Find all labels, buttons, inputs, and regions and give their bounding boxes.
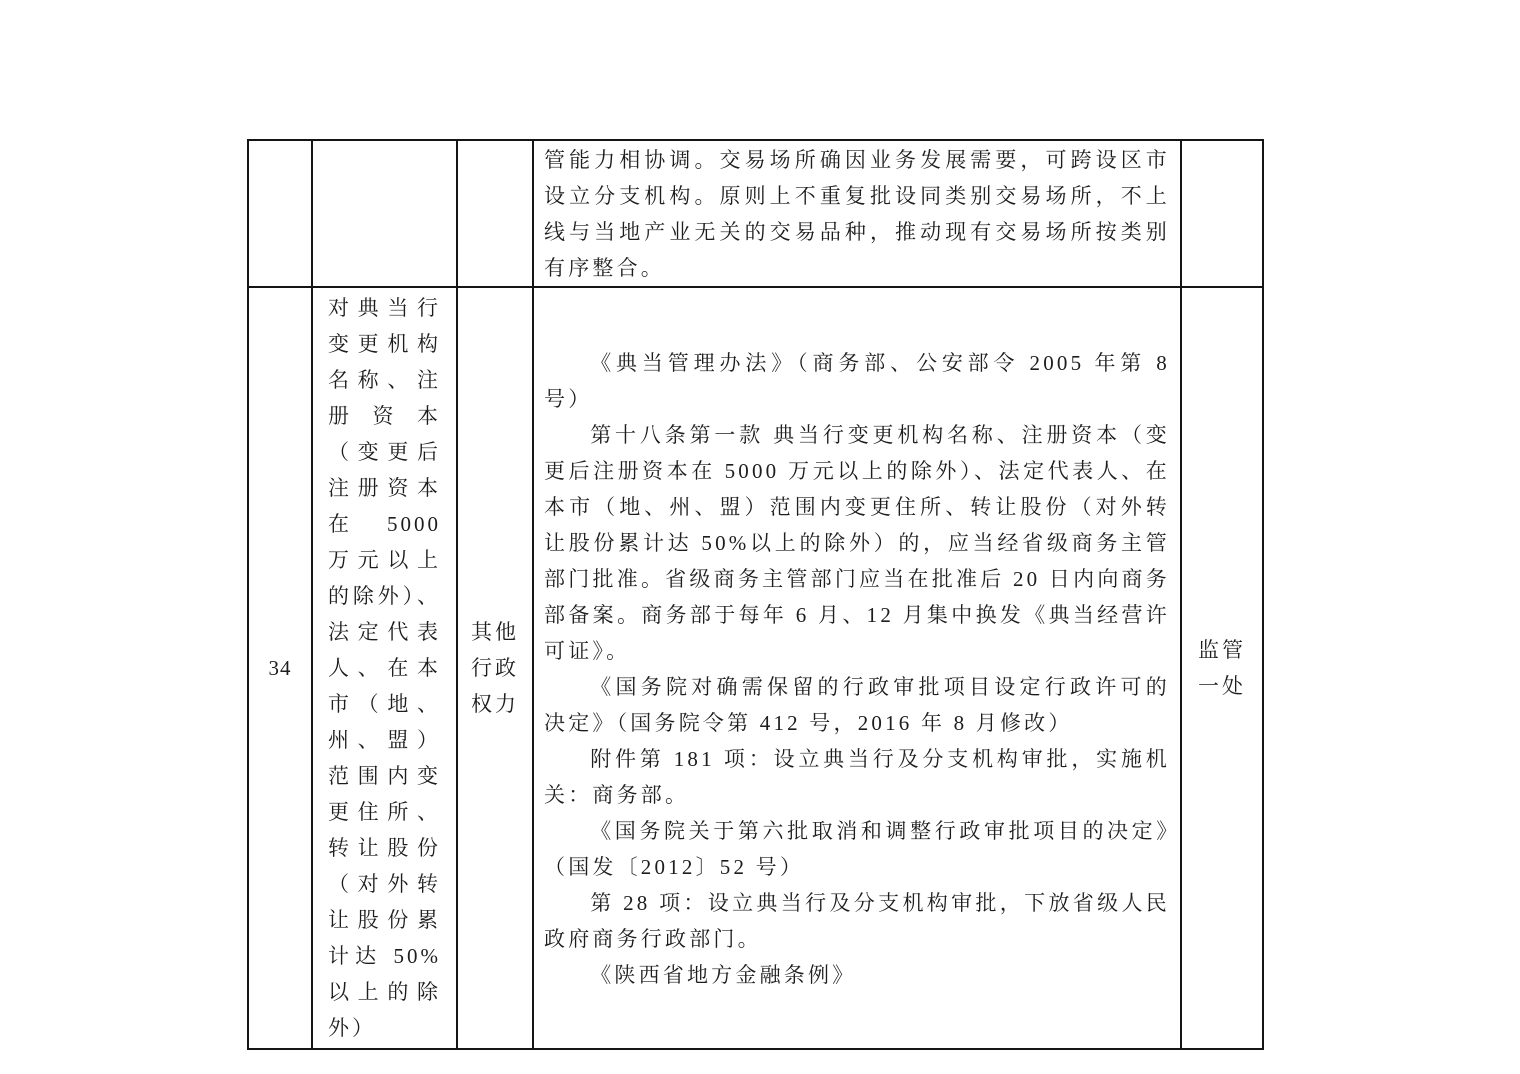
legal-basis-continuation-paragraph: 管能力相协调。交易场所确因业务发展需要，可跨设区市设立分支机构。原则上不重复批设…: [544, 142, 1170, 286]
legal-basis-cell: 《典当管理办法》（商务部、公安部令 2005 年第 8 号） 第十八条第一款 典…: [533, 287, 1181, 1049]
table-row-previous-item-continuation: 管能力相协调。交易场所确因业务发展需要，可跨设区市设立分支机构。原则上不重复批设…: [248, 140, 1263, 287]
department-cell: 监管一处: [1181, 287, 1263, 1049]
department-label: 监管一处: [1196, 632, 1249, 704]
administrative-powers-table: 管能力相协调。交易场所确因业务发展需要，可跨设区市设立分支机构。原则上不重复批设…: [247, 139, 1264, 1050]
legal-basis-cell-continuation: 管能力相协调。交易场所确因业务发展需要，可跨设区市设立分支机构。原则上不重复批设…: [533, 140, 1181, 287]
power-type-label: 其他行政权力: [469, 614, 522, 722]
legal-basis-paragraph: 《国务院对确需保留的行政审批项目设定行政许可的决定》（国务院令第 412 号，2…: [544, 669, 1170, 741]
legal-basis-paragraph: 《陕西省地方金融条例》: [544, 957, 1170, 993]
legal-basis-paragraph: 《国务院关于第六批取消和调整行政审批项目的决定》（国发〔2012〕52 号）: [544, 813, 1170, 885]
legal-basis-paragraph: 第十八条第一款 典当行变更机构名称、注册资本（变更后注册资本在 5000 万元以…: [544, 417, 1170, 669]
seq-no-cell-empty: [248, 140, 312, 287]
legal-basis-paragraph: 《典当管理办法》（商务部、公安部令 2005 年第 8 号）: [544, 345, 1170, 417]
department-cell-empty: [1181, 140, 1263, 287]
document-page: { "document": { "background": "#ffffff",…: [0, 0, 1520, 1074]
item-name-cell-empty: [312, 140, 457, 287]
legal-basis-paragraph: 第 28 项：设立典当行及分支机构审批，下放省级人民政府商务行政部门。: [544, 885, 1170, 957]
item-name-cell: 对典当行变更机构名称、注册资本（变更后注册资本在 5000 万元以上的除外）、法…: [312, 287, 457, 1049]
table-row-item-34: 34 对典当行变更机构名称、注册资本（变更后注册资本在 5000 万元以上的除外…: [248, 287, 1263, 1049]
power-type-cell: 其他行政权力: [457, 287, 533, 1049]
legal-basis-paragraph: 附件第 181 项：设立典当行及分支机构审批，实施机关：商务部。: [544, 741, 1170, 813]
power-type-cell-empty: [457, 140, 533, 287]
seq-no-cell: 34: [248, 287, 312, 1049]
